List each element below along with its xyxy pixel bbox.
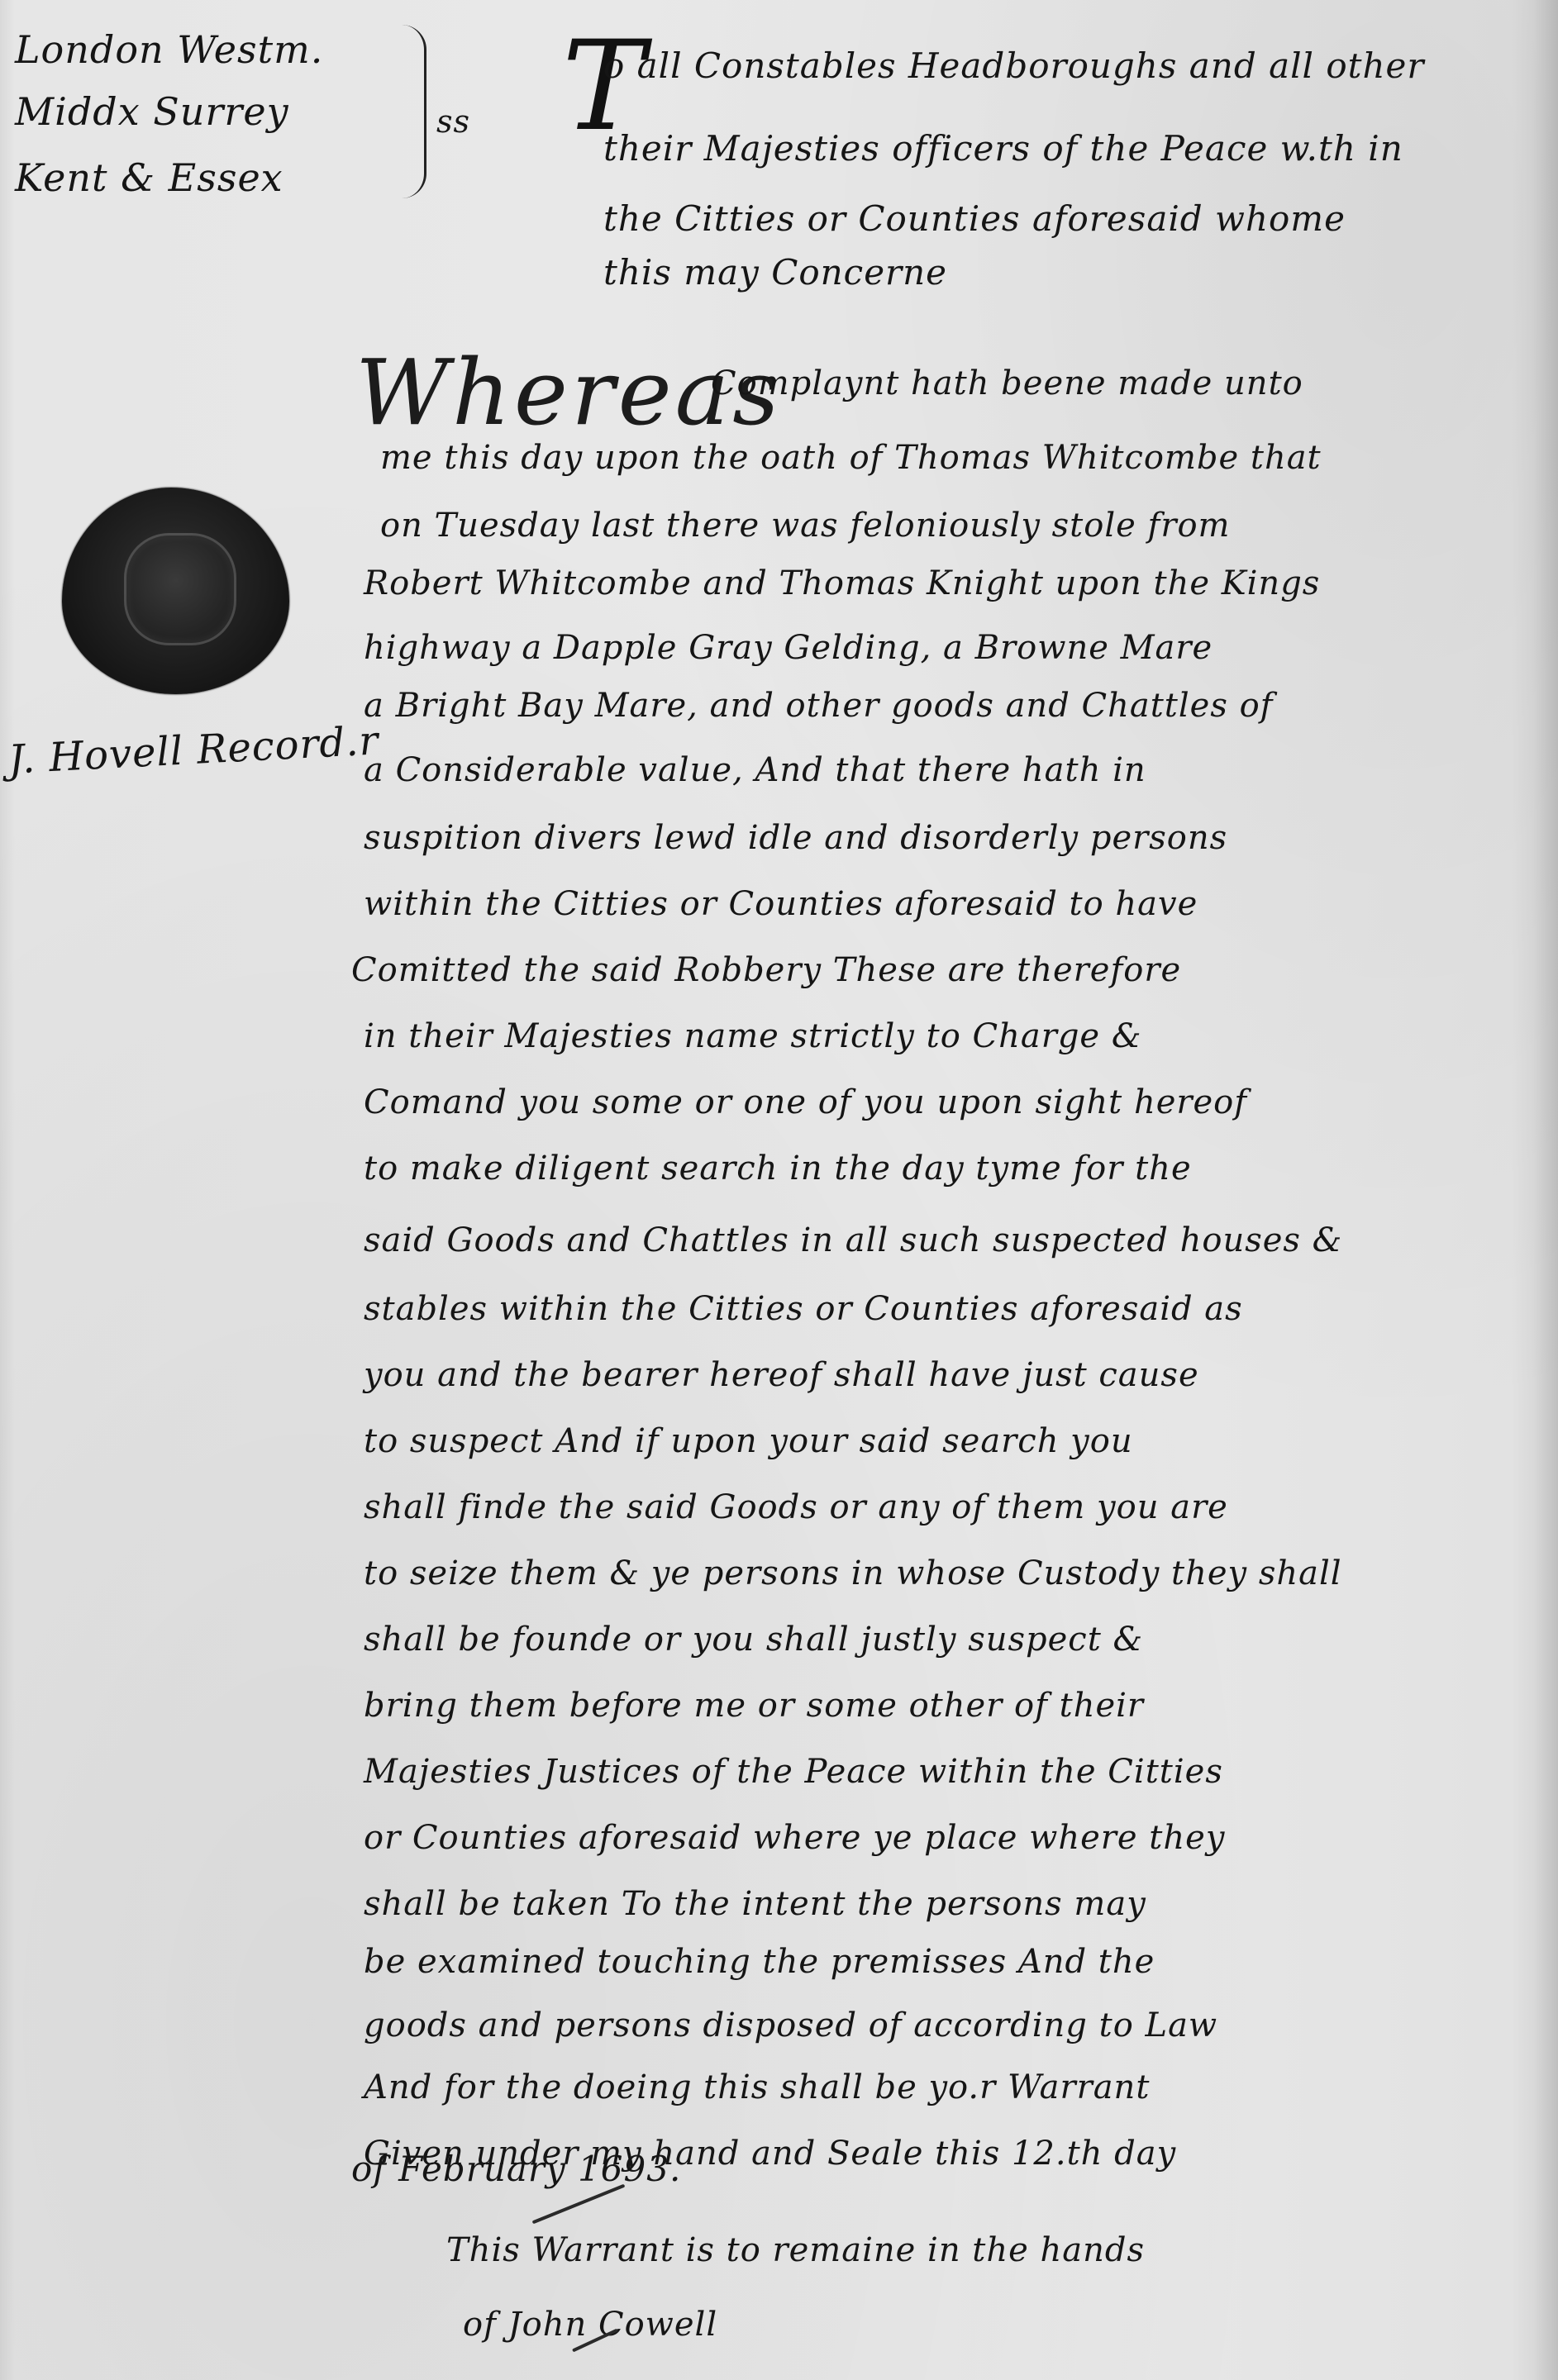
brace-icon — [399, 25, 426, 198]
pen-flourish — [532, 2184, 626, 2225]
body-line: me this day upon the oath of Thomas Whit… — [380, 436, 1322, 479]
body-line: a Considerable value, And that there hat… — [364, 749, 1146, 792]
scilicet-abbrev: ss — [436, 103, 470, 140]
body-line: said Goods and Chattles in all such susp… — [364, 1219, 1342, 1262]
body-line: Comand you some or one of you upon sight… — [364, 1081, 1247, 1124]
body-line: shall be taken To the intent the persons… — [364, 1883, 1146, 1925]
body-line: Robert Whitcombe and Thomas Knight upon … — [364, 562, 1320, 605]
endorsement-signature: of John Cowell — [463, 2306, 717, 2344]
body-line: to suspect And if upon your said search … — [364, 1420, 1133, 1463]
body-line: you and the bearer hereof shall have jus… — [364, 1354, 1199, 1397]
seal-impression — [124, 533, 236, 645]
body-line: shall be founde or you shall justly susp… — [364, 1618, 1143, 1661]
body-line: to make diligent search in the day tyme … — [364, 1147, 1192, 1190]
body-line: within the Citties or Counties aforesaid… — [364, 883, 1198, 926]
manuscript-page: London Westm. Middx Surrey Kent & Essex … — [0, 0, 1558, 2380]
body-line: shall finde the said Goods or any of the… — [364, 1486, 1228, 1529]
address-line: this may Concerne — [603, 248, 947, 297]
body-line: stables within the Citties or Counties a… — [364, 1288, 1243, 1330]
body-line: suspition divers lewd idle and disorderl… — [364, 816, 1227, 859]
body-line: Comitted the said Robbery These are ther… — [351, 949, 1181, 992]
jurisdiction-line: Middx Surrey — [15, 87, 289, 136]
body-line: to seize them & ye persons in whose Cust… — [364, 1552, 1342, 1595]
body-line: or Counties aforesaid where ye place whe… — [364, 1816, 1225, 1859]
address-line: the Citties or Counties aforesaid whome — [603, 194, 1346, 244]
jurisdiction-line: London Westm. — [15, 25, 323, 74]
body-line: in their Majesties name strictly to Char… — [364, 1015, 1141, 1058]
body-line: a Bright Bay Mare, and other goods and C… — [364, 684, 1273, 727]
endorsement-line: This Warrant is to remaine in the hands — [446, 2231, 1145, 2269]
body-line: Majesties Justices of the Peace within t… — [364, 1750, 1223, 1793]
jurisdiction-block: London Westm. Middx Surrey Kent & Essex … — [15, 8, 445, 207]
address-line: o all Constables Headboroughs and all ot… — [603, 41, 1424, 91]
body-line: be examined touching the premisses And t… — [364, 1940, 1155, 1983]
body-line: on Tuesday last there was feloniously st… — [380, 504, 1230, 547]
body-line: Complaynt hath beene made unto — [711, 362, 1303, 405]
jurisdiction-line: Kent & Essex — [15, 153, 283, 202]
address-line: their Majesties officers of the Peace w.… — [603, 124, 1403, 174]
wax-seal-icon — [62, 488, 289, 694]
body-line: And for the doeing this shall be yo.r Wa… — [364, 2066, 1150, 2109]
date-line: of February 1693. — [351, 2149, 681, 2189]
body-line: highway a Dapple Gray Gelding, a Browne … — [364, 626, 1213, 669]
margin-signature: J. Hovell Record.r — [7, 717, 380, 783]
body-line: bring them before me or some other of th… — [364, 1684, 1144, 1727]
body-line: goods and persons disposed of according … — [364, 2004, 1217, 2047]
